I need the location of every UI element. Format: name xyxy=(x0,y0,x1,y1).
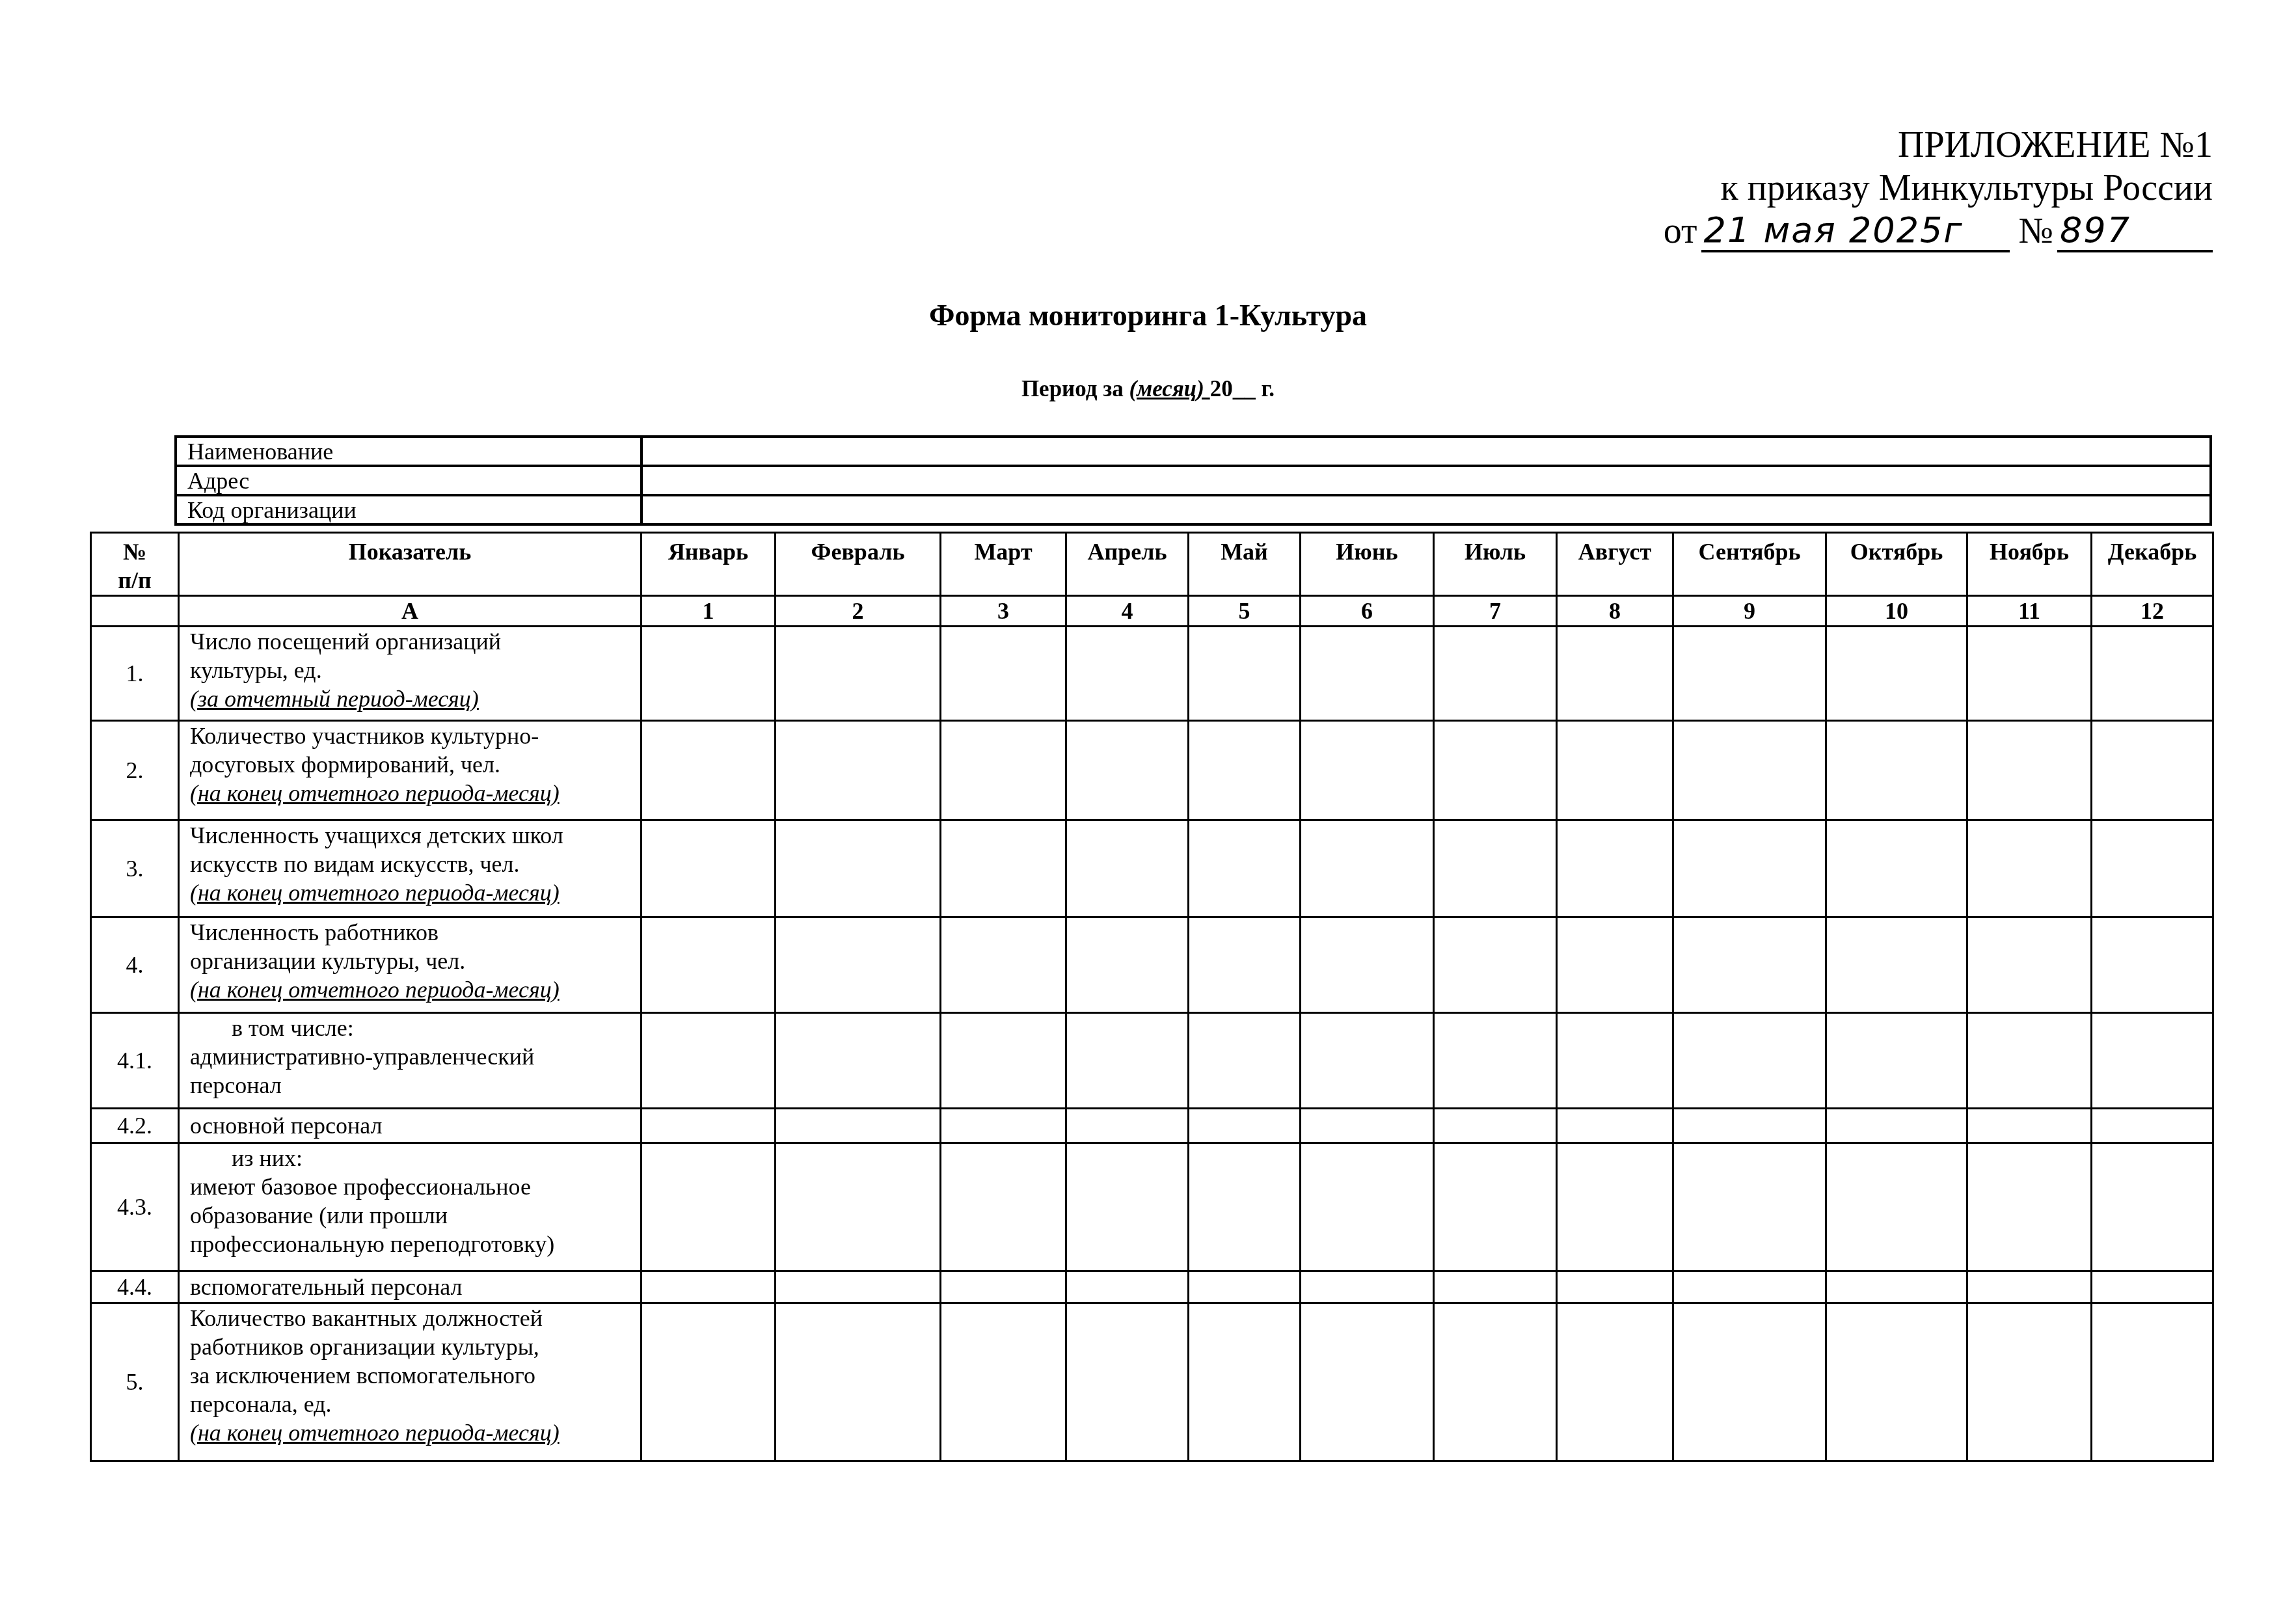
value-cell[interactable] xyxy=(1189,1303,1301,1461)
header-row: №п/п Показатель ЯнварьФевральМартАпрельМ… xyxy=(91,533,2213,596)
table-row: 2.Количество участников культурно-досуго… xyxy=(91,721,2213,820)
indicator-note: (на конец отчетного периода-месяц) xyxy=(190,880,560,906)
header-month: Декабрь xyxy=(2092,533,2213,596)
value-cell[interactable] xyxy=(1434,627,1557,721)
value-cell[interactable] xyxy=(1434,1143,1557,1271)
value-cell[interactable] xyxy=(2092,721,2213,820)
order-number-field: 897 xyxy=(2057,211,2213,252)
value-cell[interactable] xyxy=(642,1271,776,1303)
header-month: Апрель xyxy=(1066,533,1189,596)
value-cell[interactable] xyxy=(941,1143,1066,1271)
header-month: Февраль xyxy=(776,533,941,596)
indicator-cell: из них:имеют базовое профессиональноеобр… xyxy=(179,1143,642,1271)
org-info-label: Наименование xyxy=(176,437,642,466)
value-cell[interactable] xyxy=(642,820,776,917)
indicator-line: персонал xyxy=(190,1071,640,1100)
value-cell[interactable] xyxy=(1189,721,1301,820)
value-cell[interactable] xyxy=(642,721,776,820)
order-date-field: 21 мая 2025г xyxy=(1701,211,2010,252)
table-row: 4.2.основной персонал xyxy=(91,1109,2213,1143)
row-number: 3. xyxy=(91,820,179,917)
table-row: 1.Число посещений организацийкультуры, е… xyxy=(91,627,2213,721)
value-cell[interactable] xyxy=(2092,1271,2213,1303)
indicator-cell: Количество участников культурно-досуговы… xyxy=(179,721,642,820)
value-cell[interactable] xyxy=(1826,1143,1967,1271)
value-cell[interactable] xyxy=(1557,627,1673,721)
indicator-line: Число посещений организаций xyxy=(190,627,640,656)
row-number: 1. xyxy=(91,627,179,721)
org-info-table: НаименованиеАдресКод организации xyxy=(174,435,2212,526)
period-year: 20__ г. xyxy=(1210,376,1275,401)
indicator-note: (за отчетный период-месяц) xyxy=(190,686,479,712)
value-cell[interactable] xyxy=(941,1013,1066,1109)
org-info-value[interactable] xyxy=(642,466,2211,495)
value-cell[interactable] xyxy=(1066,1271,1189,1303)
value-cell[interactable] xyxy=(1189,917,1301,1013)
value-cell[interactable] xyxy=(776,721,941,820)
value-cell[interactable] xyxy=(2092,917,2213,1013)
value-cell[interactable] xyxy=(1557,820,1673,917)
value-cell[interactable] xyxy=(1673,721,1826,820)
value-cell[interactable] xyxy=(1301,1013,1434,1109)
indicator-line: Численность работников xyxy=(190,918,640,947)
indicator-line: административно-управленческий xyxy=(190,1042,640,1071)
value-cell[interactable] xyxy=(1826,721,1967,820)
column-number: 9 xyxy=(1673,596,1826,627)
value-cell[interactable] xyxy=(1673,1143,1826,1271)
value-cell[interactable] xyxy=(1189,1143,1301,1271)
form-title: Форма мониторинга 1-Культура xyxy=(0,298,2296,332)
header-num: №п/п xyxy=(91,533,179,596)
value-cell[interactable] xyxy=(1673,627,1826,721)
value-cell[interactable] xyxy=(1967,1303,2092,1461)
value-cell[interactable] xyxy=(1673,917,1826,1013)
column-number: 7 xyxy=(1434,596,1557,627)
indicator-line: имеют базовое профессиональное xyxy=(190,1172,640,1201)
indicator-note: (на конец отчетного периода-месяц) xyxy=(190,1420,560,1446)
value-cell[interactable] xyxy=(1434,721,1557,820)
value-cell[interactable] xyxy=(941,721,1066,820)
value-cell[interactable] xyxy=(776,820,941,917)
header-month: Май xyxy=(1189,533,1301,596)
value-cell[interactable] xyxy=(1967,820,2092,917)
value-cell[interactable] xyxy=(1189,1271,1301,1303)
indicator-cell: в том числе:административно-управленческ… xyxy=(179,1013,642,1109)
indicator-line: за исключением вспомогательного xyxy=(190,1361,640,1390)
indicator-line: Количество вакантных должностей xyxy=(190,1304,640,1333)
column-number: 5 xyxy=(1189,596,1301,627)
org-info-value[interactable] xyxy=(642,495,2211,524)
column-number: 8 xyxy=(1557,596,1673,627)
value-cell[interactable] xyxy=(1434,1013,1557,1109)
value-cell[interactable] xyxy=(1673,1271,1826,1303)
column-number: 1 xyxy=(642,596,776,627)
value-cell[interactable] xyxy=(1826,917,1967,1013)
value-cell[interactable] xyxy=(941,917,1066,1013)
header-month: Март xyxy=(941,533,1066,596)
org-info-value[interactable] xyxy=(642,437,2211,466)
value-cell[interactable] xyxy=(776,1143,941,1271)
value-cell[interactable] xyxy=(941,627,1066,721)
value-cell[interactable] xyxy=(1434,820,1557,917)
row-number: 4.2. xyxy=(91,1109,179,1143)
row-number: 5. xyxy=(91,1303,179,1461)
indicator-line: работников организации культуры, xyxy=(190,1333,640,1361)
value-cell[interactable] xyxy=(1967,1109,2092,1143)
value-cell[interactable] xyxy=(1673,1109,1826,1143)
number-sign: № xyxy=(2019,210,2053,252)
value-cell[interactable] xyxy=(1189,820,1301,917)
header-month: Июль xyxy=(1434,533,1557,596)
value-cell[interactable] xyxy=(1066,627,1189,721)
indicator-line: образование (или прошли xyxy=(190,1201,640,1230)
indicator-cell: вспомогательный персонал xyxy=(179,1271,642,1303)
appendix-title: ПРИЛОЖЕНИЕ №1 xyxy=(1664,124,2213,167)
value-cell[interactable] xyxy=(642,1143,776,1271)
header-month: Сентябрь xyxy=(1673,533,1826,596)
value-cell[interactable] xyxy=(1066,917,1189,1013)
indicator-note: (на конец отчетного периода-месяц) xyxy=(190,977,560,1003)
value-cell[interactable] xyxy=(642,1013,776,1109)
value-cell[interactable] xyxy=(1673,1013,1826,1109)
value-cell[interactable] xyxy=(941,1303,1066,1461)
column-number: 10 xyxy=(1826,596,1967,627)
table-row: 5.Количество вакантных должностейработни… xyxy=(91,1303,2213,1461)
column-number-row: А 123456789101112 xyxy=(91,596,2213,627)
value-cell[interactable] xyxy=(1967,627,2092,721)
value-cell[interactable] xyxy=(1967,917,2092,1013)
value-cell[interactable] xyxy=(2092,820,2213,917)
value-cell[interactable] xyxy=(776,1013,941,1109)
value-cell[interactable] xyxy=(642,1109,776,1143)
table-row: 4.Численность работниковорганизации куль… xyxy=(91,917,2213,1013)
indicator-line: организации культуры, чел. xyxy=(190,947,640,975)
date-prefix: от xyxy=(1664,210,1697,252)
value-cell[interactable] xyxy=(1826,1271,1967,1303)
table-row: 4.4.вспомогательный персонал xyxy=(91,1271,2213,1303)
value-cell[interactable] xyxy=(642,1303,776,1461)
value-cell[interactable] xyxy=(1301,1109,1434,1143)
value-cell[interactable] xyxy=(1066,1013,1189,1109)
table-row: 4.1.в том числе:административно-управлен… xyxy=(91,1013,2213,1109)
value-cell[interactable] xyxy=(2092,1303,2213,1461)
value-cell[interactable] xyxy=(1066,1303,1189,1461)
column-number: 3 xyxy=(941,596,1066,627)
appendix-header: ПРИЛОЖЕНИЕ №1 к приказу Минкультуры Росс… xyxy=(1664,124,2213,252)
indicator-line: культуры, ед. xyxy=(190,656,640,684)
indicator-note: (на конец отчетного периода-месяц) xyxy=(190,780,560,806)
table-row: 4.3.из них:имеют базовое профессионально… xyxy=(91,1143,2213,1271)
value-cell[interactable] xyxy=(1301,627,1434,721)
indicator-line: Численность учащихся детских школ xyxy=(190,821,640,850)
indicator-cell: Число посещений организацийкультуры, ед.… xyxy=(179,627,642,721)
value-cell[interactable] xyxy=(1434,1271,1557,1303)
value-cell[interactable] xyxy=(776,1109,941,1143)
value-cell[interactable] xyxy=(1557,721,1673,820)
indicator-line: персонала, ед. xyxy=(190,1390,640,1418)
column-number: 12 xyxy=(2092,596,2213,627)
value-cell[interactable] xyxy=(941,1109,1066,1143)
value-cell[interactable] xyxy=(1189,627,1301,721)
value-cell[interactable] xyxy=(1066,1109,1189,1143)
value-cell[interactable] xyxy=(1967,1013,2092,1109)
value-cell[interactable] xyxy=(1189,1013,1301,1109)
indicator-line: Количество участников культурно- xyxy=(190,722,640,750)
value-cell[interactable] xyxy=(2092,627,2213,721)
value-cell[interactable] xyxy=(1301,1271,1434,1303)
value-cell[interactable] xyxy=(1673,820,1826,917)
indicator-intro: из них: xyxy=(190,1144,640,1172)
value-cell[interactable] xyxy=(1301,1303,1434,1461)
value-cell[interactable] xyxy=(776,1303,941,1461)
period-month-placeholder: (месяц) xyxy=(1129,376,1210,401)
value-cell[interactable] xyxy=(2092,1013,2213,1109)
value-cell[interactable] xyxy=(941,1271,1066,1303)
indicator-line: основной персонал xyxy=(190,1111,640,1140)
column-number: 4 xyxy=(1066,596,1189,627)
org-info-row: Наименование xyxy=(176,437,2211,466)
column-number: 2 xyxy=(776,596,941,627)
value-cell[interactable] xyxy=(1301,820,1434,917)
value-cell[interactable] xyxy=(1066,820,1189,917)
org-info-label: Код организации xyxy=(176,495,642,524)
header-month: Июнь xyxy=(1301,533,1434,596)
value-cell[interactable] xyxy=(1301,721,1434,820)
indicator-line: искусств по видам искусств, чел. xyxy=(190,850,640,878)
value-cell[interactable] xyxy=(1434,1109,1557,1143)
value-cell[interactable] xyxy=(1826,1013,1967,1109)
value-cell[interactable] xyxy=(642,627,776,721)
org-info-row: Адрес xyxy=(176,466,2211,495)
value-cell[interactable] xyxy=(1557,1013,1673,1109)
monitoring-table: №п/п Показатель ЯнварьФевральМартАпрельМ… xyxy=(90,532,2214,1462)
value-cell[interactable] xyxy=(776,1271,941,1303)
value-cell[interactable] xyxy=(776,917,941,1013)
value-cell[interactable] xyxy=(1434,917,1557,1013)
row-number: 4.4. xyxy=(91,1271,179,1303)
value-cell[interactable] xyxy=(1066,721,1189,820)
header-month: Январь xyxy=(642,533,776,596)
appendix-order-ref: к приказу Минкультуры России xyxy=(1664,167,2213,210)
value-cell[interactable] xyxy=(1967,1271,2092,1303)
colnum-indicator: А xyxy=(179,596,642,627)
row-number: 4.1. xyxy=(91,1013,179,1109)
value-cell[interactable] xyxy=(1826,820,1967,917)
indicator-line: профессиональную переподготовку) xyxy=(190,1230,640,1258)
indicator-cell: Численность работниковорганизации культу… xyxy=(179,917,642,1013)
value-cell[interactable] xyxy=(1673,1303,1826,1461)
table-row: 3.Численность учащихся детских школискус… xyxy=(91,820,2213,917)
header-indicator: Показатель xyxy=(179,533,642,596)
colnum-blank xyxy=(91,596,179,627)
indicator-intro: в том числе: xyxy=(190,1014,640,1042)
value-cell[interactable] xyxy=(1967,721,2092,820)
value-cell[interactable] xyxy=(776,627,941,721)
value-cell[interactable] xyxy=(1434,1303,1557,1461)
indicator-cell: Количество вакантных должностейработнико… xyxy=(179,1303,642,1461)
org-info-row: Код организации xyxy=(176,495,2211,524)
column-number: 6 xyxy=(1301,596,1434,627)
value-cell[interactable] xyxy=(1557,1143,1673,1271)
appendix-date-line: от 21 мая 2025г № 897 xyxy=(1664,210,2213,252)
value-cell[interactable] xyxy=(2092,1109,2213,1143)
period-line: Период за (месяц) 20__ г. xyxy=(0,376,2296,402)
column-number: 11 xyxy=(1967,596,2092,627)
indicator-cell: основной персонал xyxy=(179,1109,642,1143)
value-cell[interactable] xyxy=(1301,1143,1434,1271)
period-prefix: Период за xyxy=(1021,376,1129,401)
value-cell[interactable] xyxy=(642,917,776,1013)
value-cell[interactable] xyxy=(1189,1109,1301,1143)
value-cell[interactable] xyxy=(1967,1143,2092,1271)
value-cell[interactable] xyxy=(1826,1303,1967,1461)
value-cell[interactable] xyxy=(1826,627,1967,721)
value-cell[interactable] xyxy=(1826,1109,1967,1143)
header-month: Октябрь xyxy=(1826,533,1967,596)
indicator-line: вспомогательный персонал xyxy=(190,1273,640,1301)
row-number: 2. xyxy=(91,721,179,820)
indicator-cell: Численность учащихся детских школискусст… xyxy=(179,820,642,917)
row-number: 4. xyxy=(91,917,179,1013)
indicator-line: досуговых формирований, чел. xyxy=(190,750,640,779)
value-cell[interactable] xyxy=(1557,1271,1673,1303)
row-number: 4.3. xyxy=(91,1143,179,1271)
value-cell[interactable] xyxy=(2092,1143,2213,1271)
value-cell[interactable] xyxy=(1557,1109,1673,1143)
header-month: Ноябрь xyxy=(1967,533,2092,596)
value-cell[interactable] xyxy=(1557,917,1673,1013)
value-cell[interactable] xyxy=(1066,1143,1189,1271)
value-cell[interactable] xyxy=(1557,1303,1673,1461)
org-info-label: Адрес xyxy=(176,466,642,495)
value-cell[interactable] xyxy=(941,820,1066,917)
value-cell[interactable] xyxy=(1301,917,1434,1013)
header-month: Август xyxy=(1557,533,1673,596)
